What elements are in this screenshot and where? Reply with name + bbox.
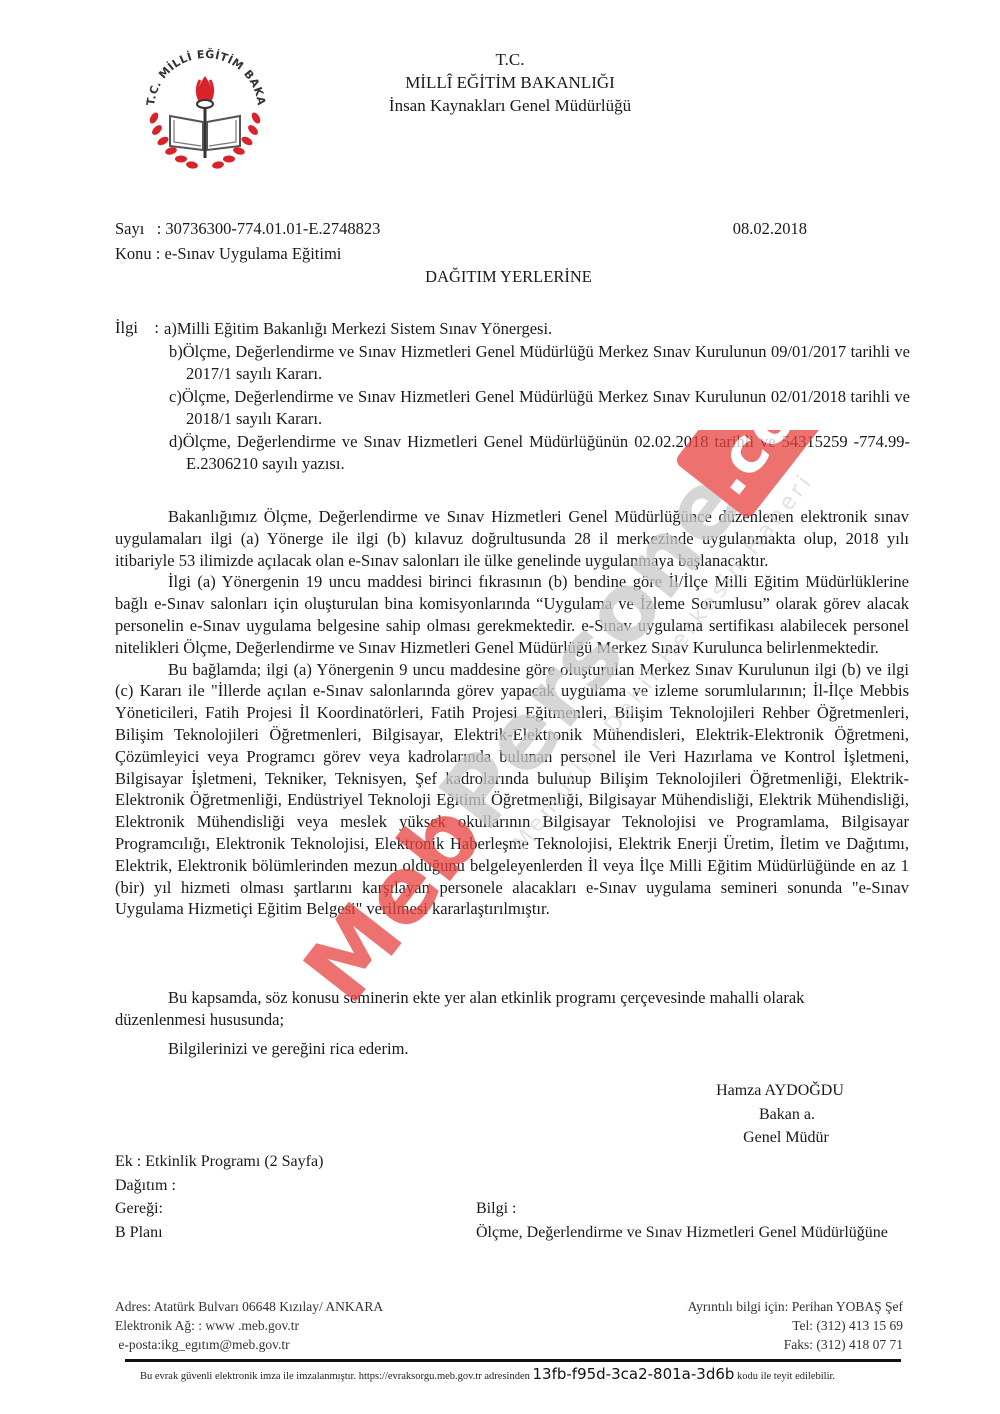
meb-logo: T.C. MİLLİ EĞİTİM BAKANLIĞI (140, 38, 270, 178)
bilgi-value: Ölçme, Değerlendirme ve Sınav Hizmetleri… (476, 1221, 888, 1245)
geregi-label: Gereği: (115, 1197, 323, 1221)
verification-code: 13fb-f95d-3ca2-801a-3d6b (533, 1365, 735, 1383)
footer-fax: Faks: (312) 418 07 71 (688, 1336, 903, 1355)
footer-web: Elektronik Ağ: : www .meb.gov.tr (115, 1317, 383, 1336)
signature-block: Hamza AYDOĞDU Bakan a. Genel Müdür (700, 1079, 860, 1150)
footer-address-block: Adres: Atatürk Bulvarı 06648 Kızılay/ AN… (115, 1298, 383, 1354)
signatory-title: Genel Müdür (700, 1126, 860, 1150)
distribution-label: Dağıtım : (115, 1174, 323, 1198)
signatory-name: Hamza AYDOĞDU (700, 1079, 860, 1103)
ilgi-item-d: d)Ölçme, Değerlendirme ve Sınav Hizmetle… (160, 431, 910, 476)
body-paragraph: Bakanlığımız Ölçme, Değerlendirme ve Sın… (115, 506, 909, 571)
meb-emblem-icon: T.C. MİLLİ EĞİTİM BAKANLIĞI (140, 38, 270, 178)
e-signature-verification: Bu evrak güvenli elektronik imza ile imz… (140, 1365, 835, 1383)
letter-closing: Bu kapsamda, söz konusu seminerin ekte y… (115, 987, 909, 1067)
footer-email: e-posta:ikg_egıtım@meb.gov.tr (115, 1336, 383, 1355)
bilgi-label: Bilgi : (476, 1197, 888, 1221)
letterhead-department: İnsan Kaynakları Genel Müdürlüğü (340, 94, 680, 117)
closing-paragraph-continuation: düzenlenmesi hususunda; (115, 1009, 909, 1031)
ilgi-item-a: a)Milli Eğitim Bakanlığı Merkezi Sistem … (160, 318, 910, 341)
document-date: 08.02.2018 (733, 217, 807, 241)
attachment-line: Ek : Etkinlik Programı (2 Sayfa) (115, 1150, 323, 1174)
letter-body: Bakanlığımız Ölçme, Değerlendirme ve Sın… (115, 506, 909, 920)
letterhead-ministry: MİLLÎ EĞİTİM BAKANLIĞI (340, 71, 680, 94)
footer-contact: Ayrıntılı bilgi için: Perihan YOBAŞ Şef (688, 1298, 903, 1317)
ilgi-item-c: c)Ölçme, Değerlendirme ve Sınav Hizmetle… (160, 386, 910, 431)
signatory-on-behalf: Bakan a. (700, 1103, 860, 1127)
ilgi-item-b: b)Ölçme, Değerlendirme ve Sınav Hizmetle… (160, 341, 910, 386)
closing-paragraph: Bu kapsamda, söz konusu seminerin ekte y… (115, 987, 909, 1009)
footer-divider (125, 1359, 901, 1362)
document-subject: Konu : e-Sınav Uygulama Eğitimi (115, 242, 341, 266)
document-number: Sayı : 30736300-774.01.01-E.2748823 (115, 217, 380, 241)
recipient-title: DAĞITIM YERLERİNE (0, 267, 1000, 287)
footer-tel: Tel: (312) 413 15 69 (688, 1317, 903, 1336)
letterhead-tc: T.C. (340, 48, 680, 71)
letterhead: T.C. MİLLÎ EĞİTİM BAKANLIĞI İnsan Kaynak… (340, 48, 680, 117)
ilgi-label: İlgi : (115, 318, 159, 338)
body-paragraph: İlgi (a) Yönergenin 19 uncu maddesi biri… (115, 571, 909, 658)
footer-address: Adres: Atatürk Bulvarı 06648 Kızılay/ AN… (115, 1298, 383, 1317)
footer-contact-block: Ayrıntılı bilgi için: Perihan YOBAŞ Şef … (688, 1298, 903, 1354)
closing-request: Bilgilerinizi ve gereğini rica ederim. (115, 1038, 909, 1060)
distribution-left: Ek : Etkinlik Programı (2 Sayfa) Dağıtım… (115, 1150, 323, 1244)
distribution-right: Bilgi : Ölçme, Değerlendirme ve Sınav Hi… (476, 1197, 888, 1244)
ilgi-references: a)Milli Eğitim Bakanlığı Merkezi Sistem … (160, 318, 910, 476)
geregi-value: B Planı (115, 1221, 323, 1245)
body-paragraph: Bu bağlamda; ilgi (a) Yönergenin 9 uncu … (115, 659, 909, 921)
